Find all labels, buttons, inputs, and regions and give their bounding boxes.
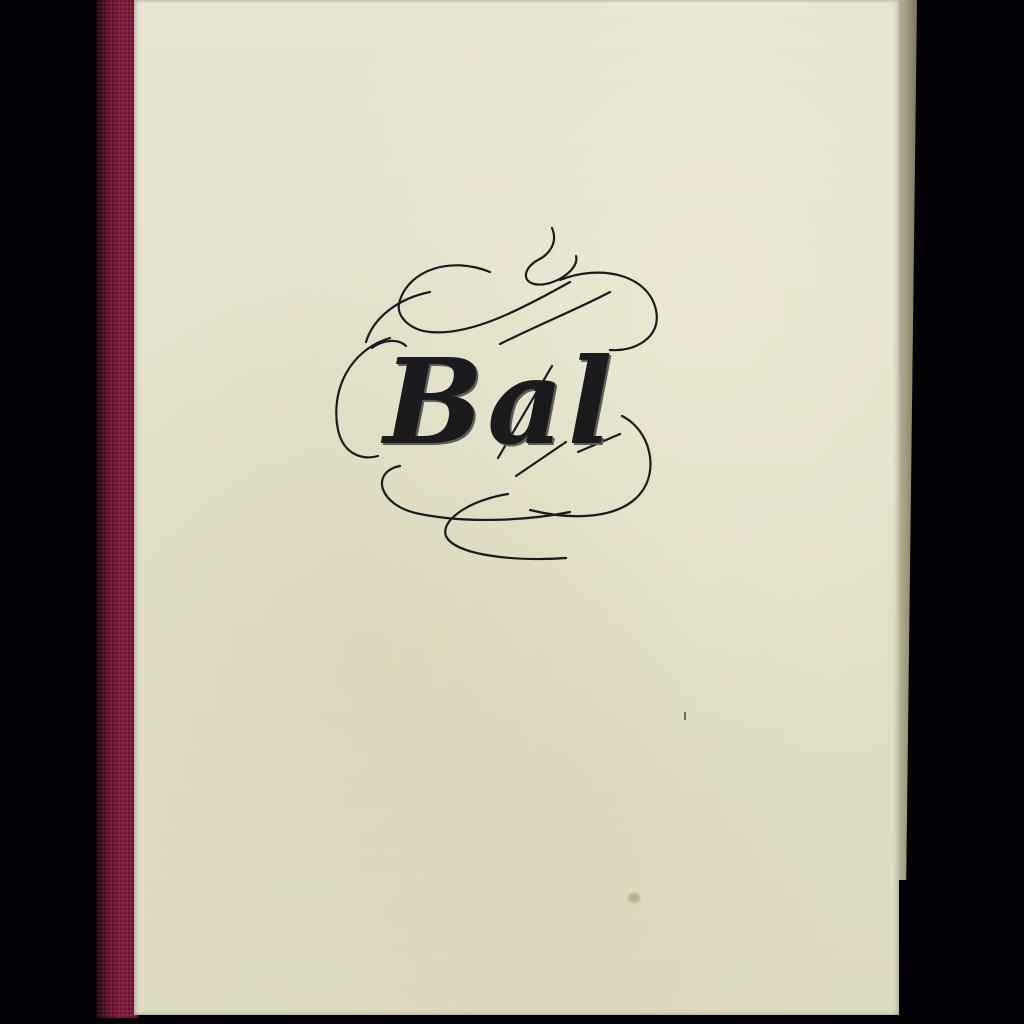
cover-stain — [628, 893, 640, 903]
book-spine — [96, 0, 138, 1018]
calligraphic-monogram: Bal — [330, 220, 670, 580]
cover-mark — [684, 712, 686, 720]
monogram-text: Bal — [330, 332, 670, 471]
photo-scene: Bal — [0, 0, 1024, 1024]
